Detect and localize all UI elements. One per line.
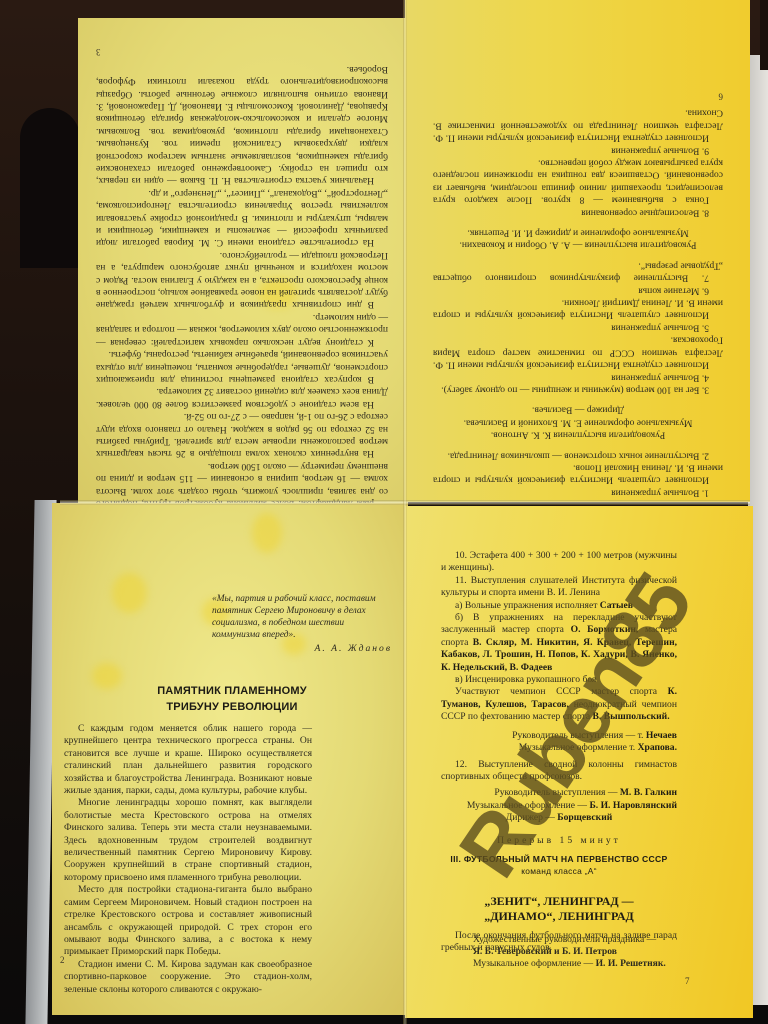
article-title: ПАМЯТНИК ПЛАМЕННОМУ ТРИБУНУ РЕВОЛЮЦИИ	[142, 683, 322, 715]
credits: Художественные руководители праздника — …	[473, 934, 673, 970]
background-chair	[20, 108, 80, 268]
team-home: „ЗЕНИТ“, ЛЕНИНГРАД —	[441, 894, 677, 909]
page-number: 7	[685, 976, 690, 986]
fold-vertical	[403, 0, 407, 1024]
team-away: „ДИНАМО“, ЛЕНИНГРАД	[441, 909, 677, 924]
page-number: 3	[96, 46, 388, 58]
page-number: 6	[433, 90, 723, 102]
page-6: II. ГИМНАСТИЧЕСКИЕ ВЫСТУПЛЕНИЯ и СПОРТИВ…	[405, 0, 750, 502]
page-3: рым ландшафтом. Более миллиона кубометро…	[78, 18, 408, 505]
page-6-text: II. ГИМНАСТИЧЕСКИЕ ВЫСТУПЛЕНИЯ и СПОРТИВ…	[433, 90, 723, 502]
epigraph-author: А. А. Жданов	[292, 643, 392, 654]
epigraph: «Мы, партия и рабочий класс, поставим па…	[212, 593, 390, 641]
page-2: «Мы, партия и рабочий класс, поставим па…	[52, 503, 408, 1015]
page-3-text: рым ландшафтом. Более миллиона кубометро…	[96, 46, 388, 505]
background-shadow	[760, 0, 768, 70]
article-body: С каждым годом меняется облик нашего гор…	[64, 723, 312, 996]
page-number: 2	[60, 955, 65, 965]
